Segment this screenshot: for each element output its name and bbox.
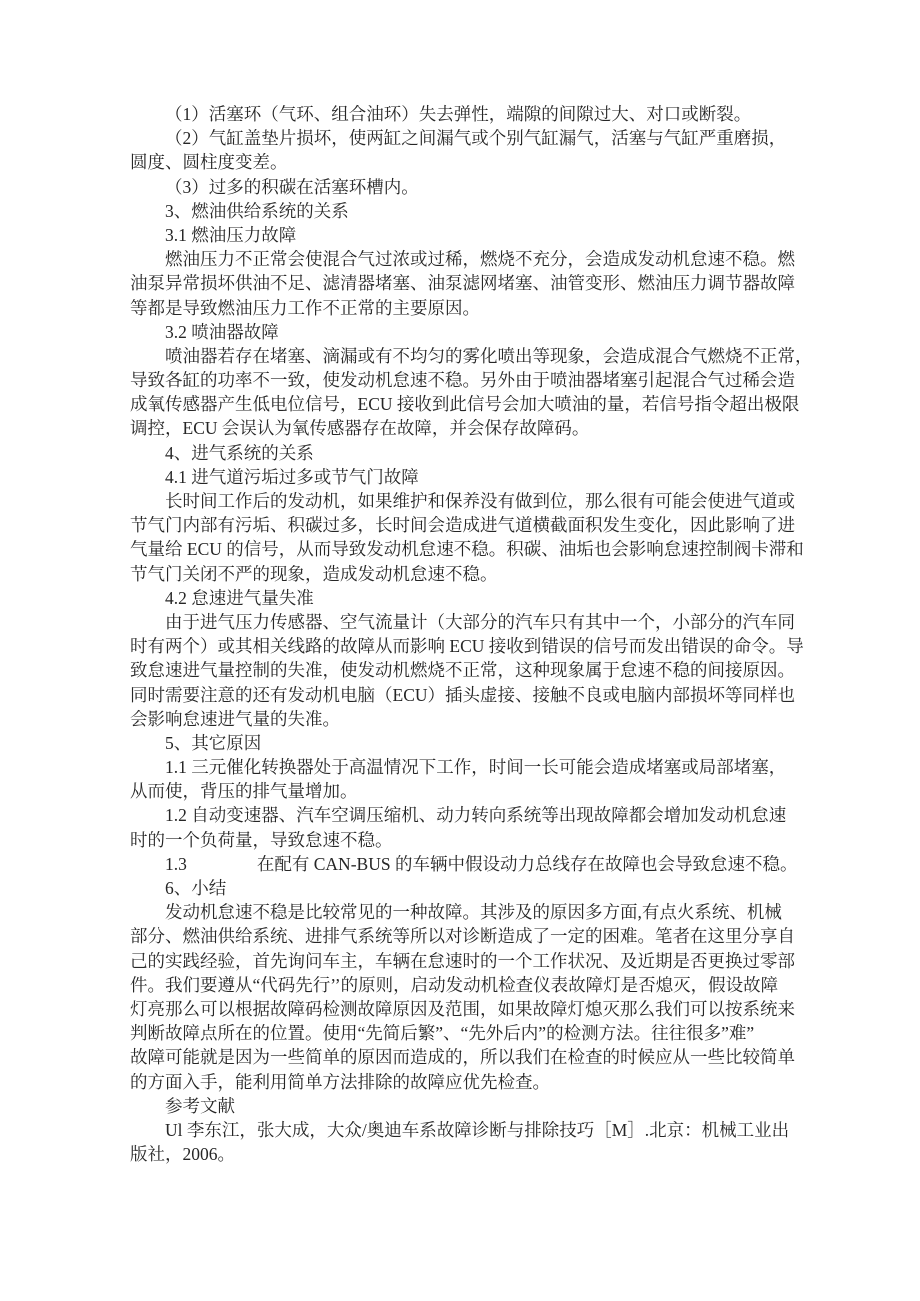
text-line: 3、燃油供给系统的关系 xyxy=(130,199,810,223)
text-line: 3.2 喷油器故障 xyxy=(130,320,810,344)
text-line: 等都是导致燃油压力工作不正常的主要原因。 xyxy=(130,296,810,320)
text-line: 节气门关闭不严的现象，造成发动机怠速不稳。 xyxy=(130,562,810,586)
text-line: 判断故障点所在的位置。使用“先简后繁”、“先外后内”的检测方法。往往很多”难” xyxy=(130,1021,810,1045)
text-line: 调控，ECU 会误认为氧传感器存在故障，并会保存故障码。 xyxy=(130,416,810,440)
text-line: 故障可能就是因为一些简单的原因而造成的，所以我们在检查的时候应从一些比较简单 xyxy=(130,1045,810,1069)
text-line: 参考文献 xyxy=(130,1094,810,1118)
text-line: 版社，2006。 xyxy=(130,1142,810,1166)
text-line: 4.1 进气道污垢过多或节气门故障 xyxy=(130,465,810,489)
text-line: （2）气缸盖垫片损坏，使两缸之间漏气或个别气缸漏气，活塞与气缸严重磨损， xyxy=(130,126,810,150)
text-line: 件。我们要遵从“代码先行’’的原则，启动发动机检查仪表故障灯是否熄灭，假设故障 xyxy=(130,973,810,997)
text-line: 油泵异常损坏供油不足、滤清器堵塞、油泵滤网堵塞、油管变形、燃油压力调节器故障 xyxy=(130,271,810,295)
text-line: （1）活塞环（气环、组合油环）失去弹性，端隙的间隙过大、对口或断裂。 xyxy=(130,102,810,126)
text-line: 时有两个）或其相关线路的故障从而影响 ECU 接收到错误的信号而发出错误的命令。… xyxy=(130,634,810,658)
text-line: 从而使，背压的排气量增加。 xyxy=(130,779,810,803)
text-line: 1.1 三元催化转换器处于高温情况下工作，时间一长可能会造成堵塞或局部堵塞， xyxy=(130,755,810,779)
text-line: Ul 李东江，张大成，大众/奥迪车系故障诊断与排除技巧［M］.北京：机械工业出 xyxy=(130,1118,810,1142)
text-line: 3.1 燃油压力故障 xyxy=(130,223,810,247)
text-line: 时的一个负荷量，导致怠速不稳。 xyxy=(130,828,810,852)
text-line: 燃油压力不正常会使混合气过浓或过稀，燃烧不充分，会造成发动机怠速不稳。燃 xyxy=(130,247,810,271)
document-page: （1）活塞环（气环、组合油环）失去弹性，端隙的间隙过大、对口或断裂。（2）气缸盖… xyxy=(0,0,920,1301)
text-line: 1.3 在配有 CAN-BUS 的车辆中假设动力总线存在故障也会导致怠速不稳。 xyxy=(130,852,810,876)
text-line: 1.2 自动变速器、汽车空调压缩机、动力转向系统等出现故障都会增加发动机怠速 xyxy=(130,803,810,827)
text-line: 己的实践经验，首先询问车主，车辆在怠速时的一个工作状况、及近期是否更换过零部 xyxy=(130,949,810,973)
text-line: （3）过多的积碳在活塞环槽内。 xyxy=(130,175,810,199)
text-line: 4、进气系统的关系 xyxy=(130,441,810,465)
text-line: 会影响怠速进气量的失准。 xyxy=(130,707,810,731)
text-line: 喷油器若存在堵塞、滴漏或有不均匀的雾化喷出等现象，会造成混合气燃烧不正常， xyxy=(130,344,810,368)
text-line: 部分、燃油供给系统、进排气系统等所以对诊断造成了一定的困难。笔者在这里分享自 xyxy=(130,924,810,948)
text-line: 发动机怠速不稳是比较常见的一种故障。其涉及的原因多方面,有点火系统、机械 xyxy=(130,900,810,924)
text-line: 节气门内部有污垢、积碳过多，长时间会造成进气道横截面积发生变化，因此影响了进 xyxy=(130,513,810,537)
text-line: 的方面入手，能利用简单方法排除的故障应优先检查。 xyxy=(130,1070,810,1094)
text-line: 致怠速进气量控制的失准，使发动机燃烧不正常，这种现象属于怠速不稳的间接原因。 xyxy=(130,658,810,682)
text-line: 5、其它原因 xyxy=(130,731,810,755)
text-line: 长时间工作后的发动机，如果维护和保养没有做到位，那么很有可能会使进气道或 xyxy=(130,489,810,513)
text-line: 由于进气压力传感器、空气流量计（大部分的汽车只有其中一个，小部分的汽车同 xyxy=(130,610,810,634)
text-line: 圆度、圆柱度变差。 xyxy=(130,150,810,174)
text-line: 气量给 ECU 的信号，从而导致发动机怠速不稳。积碳、油垢也会影响怠速控制阀卡滞… xyxy=(130,537,810,561)
text-line: 导致各缸的功率不一致，使发动机怠速不稳。另外由于喷油器堵塞引起混合气过稀会造 xyxy=(130,368,810,392)
text-line: 4.2 怠速进气量失准 xyxy=(130,586,810,610)
document-text-block: （1）活塞环（气环、组合油环）失去弹性，端隙的间隙过大、对口或断裂。（2）气缸盖… xyxy=(130,102,810,1166)
text-line: 成氧传感器产生低电位信号，ECU 接收到此信号会加大喷油的量，若信号指令超出极限 xyxy=(130,392,810,416)
text-line: 6、小结 xyxy=(130,876,810,900)
text-line: 灯亮那么可以根据故障码检测故障原因及范围，如果故障灯熄灭那么我们可以按系统来 xyxy=(130,997,810,1021)
text-line: 同时需要注意的还有发动机电脑（ECU）插头虚接、接触不良或电脑内部损坏等同样也 xyxy=(130,683,810,707)
